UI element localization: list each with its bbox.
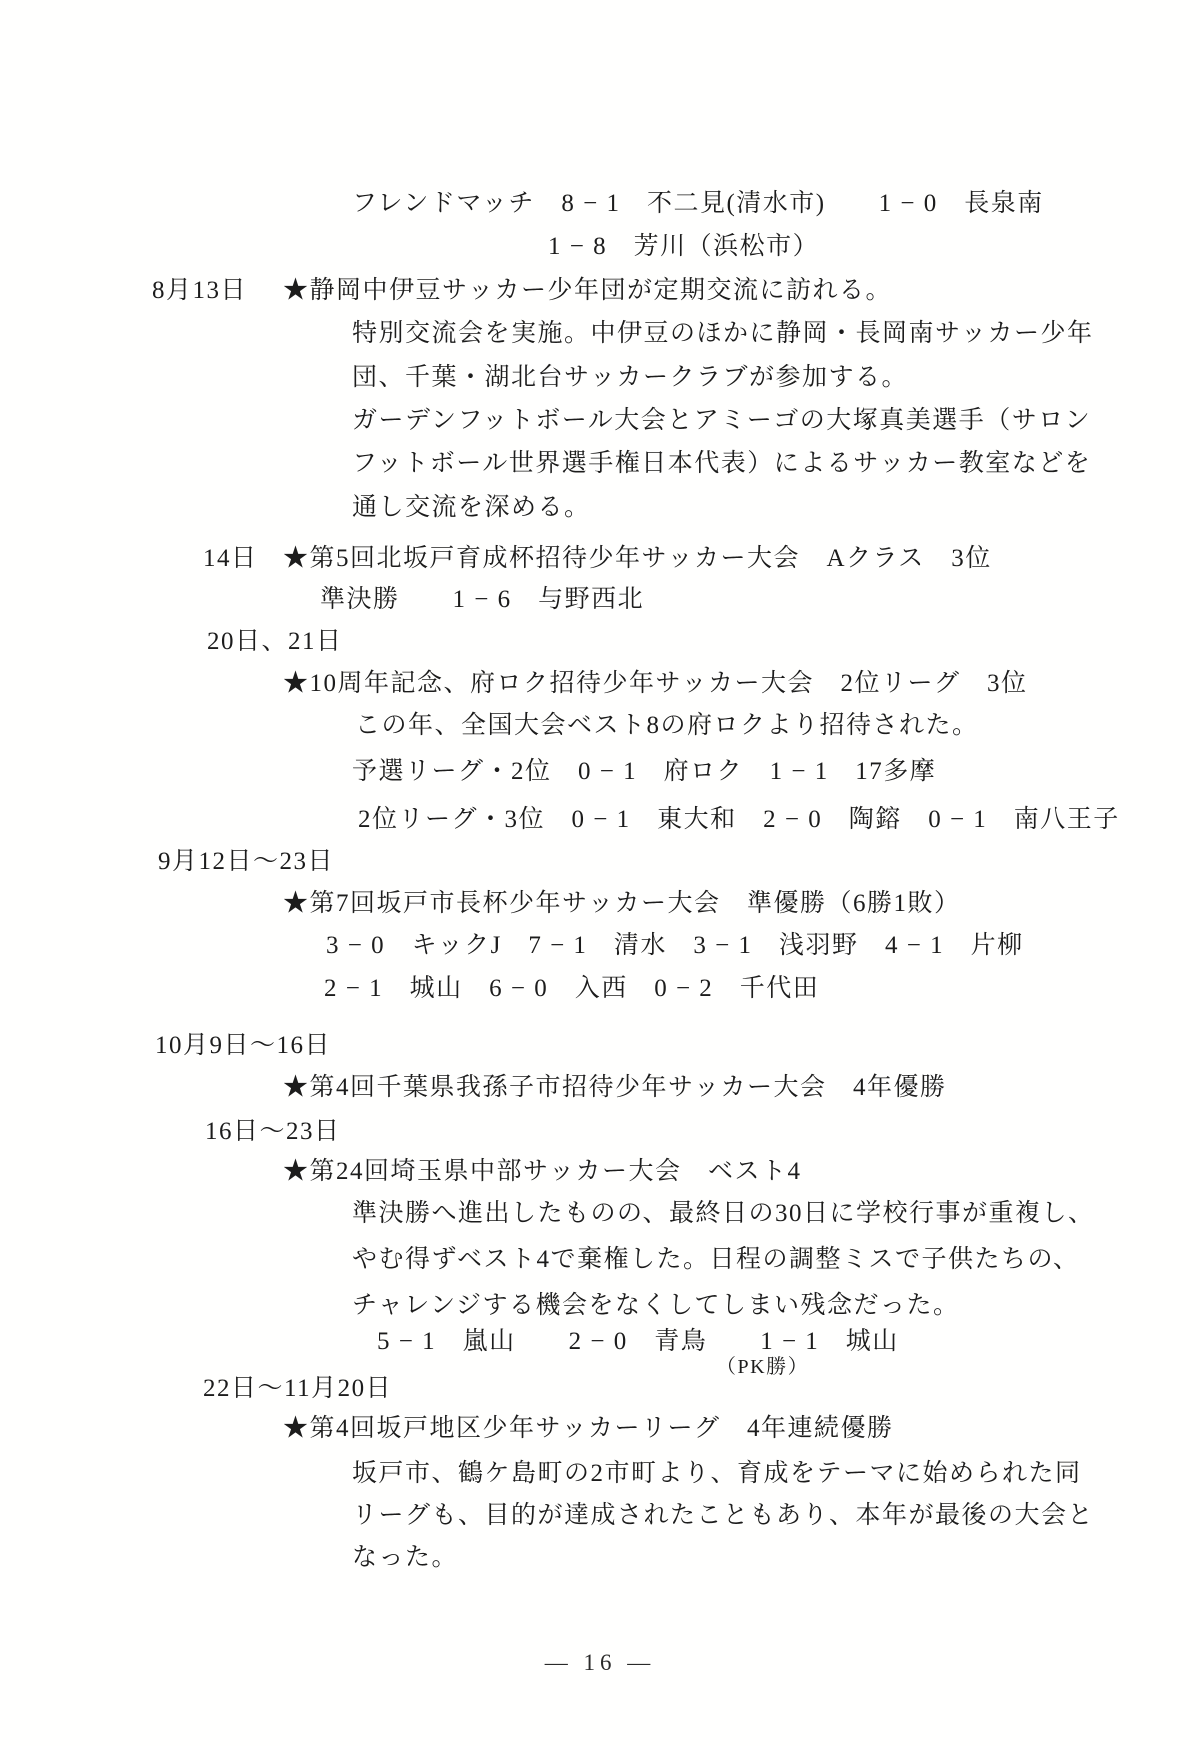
doc-line: 3 − 0 キックJ 7 − 1 清水 3 − 1 浅羽野 4 − 1 片柳 xyxy=(326,932,1024,961)
page-number: — 16 — xyxy=(0,1650,1200,1676)
doc-line: 2 − 1 城山 6 − 0 入西 0 − 2 千代田 xyxy=(324,975,819,1004)
doc-line: 2位リーグ・3位 0 − 1 東大和 2 − 0 陶鎔 0 − 1 南八王子 xyxy=(358,806,1120,835)
doc-line: ★第24回埼玉県中部サッカー大会 ベスト4 xyxy=(283,1158,802,1187)
doc-line: やむ得ずベスト4で棄権した。日程の調整ミスで子供たちの、 xyxy=(352,1246,1080,1275)
doc-line: 10月9日〜16日 xyxy=(155,1032,331,1061)
doc-line: 5 − 1 嵐山 2 − 0 青鳥 1 − 1 城山 xyxy=(377,1328,899,1357)
doc-line: この年、全国大会ベスト8の府ロクより招待された。 xyxy=(355,712,979,741)
doc-line: ★第7回坂戸市長杯少年サッカー大会 準優勝（6勝1敗） xyxy=(283,890,961,919)
doc-line: ★第4回千葉県我孫子市招待少年サッカー大会 4年優勝 xyxy=(283,1074,947,1103)
doc-line: 予選リーグ・2位 0 − 1 府ロク 1 − 1 17多摩 xyxy=(352,758,936,787)
doc-line: （PK勝） xyxy=(716,1356,809,1379)
doc-line: 14日 xyxy=(203,545,258,574)
doc-line: フットボール世界選手権日本代表）によるサッカー教室などを xyxy=(352,450,1091,479)
doc-line: 坂戸市、鶴ケ島町の2市町より、育成をテーマに始められた同 xyxy=(352,1460,1082,1489)
doc-line: 9月12日〜23日 xyxy=(158,848,334,877)
doc-line: 20日、21日 xyxy=(207,628,343,657)
doc-line: 特別交流会を実施。中伊豆のほかに静岡・長岡南サッカー少年 xyxy=(352,320,1094,349)
doc-line: 準決勝 1 − 6 与野西北 xyxy=(320,586,644,615)
doc-line: フレンドマッチ 8 − 1 不二見(清水市) 1 − 0 長泉南 xyxy=(352,190,1044,219)
doc-line: 通し交流を深める。 xyxy=(352,494,591,523)
doc-line: 22日〜11月20日 xyxy=(203,1375,392,1404)
doc-line: ★10周年記念、府ロク招待少年サッカー大会 2位リーグ 3位 xyxy=(283,670,1028,699)
doc-line: 1 − 8 芳川（浜松市） xyxy=(548,233,819,262)
doc-line: チャレンジする機会をなくしてしまい残念だった。 xyxy=(352,1292,960,1321)
scanned-document-page: フレンドマッチ 8 − 1 不二見(清水市) 1 − 0 長泉南1 − 8 芳川… xyxy=(0,0,1200,1746)
doc-line: ★第4回坂戸地区少年サッカーリーグ 4年連続優勝 xyxy=(283,1415,894,1444)
doc-line: ガーデンフットボール大会とアミーゴの大塚真美選手（サロン xyxy=(352,407,1091,436)
doc-line: 団、千葉・湖北台サッカークラブが参加する。 xyxy=(352,364,908,393)
doc-line: ★静岡中伊豆サッカー少年団が定期交流に訪れる。 xyxy=(283,277,892,306)
doc-line: 16日〜23日 xyxy=(205,1118,341,1147)
doc-line: 準決勝へ進出したものの、最終日の30日に学校行事が重複し、 xyxy=(352,1200,1095,1229)
doc-line: なった。 xyxy=(352,1544,458,1573)
doc-line: ★第5回北坂戸育成杯招待少年サッカー大会 Aクラス 3位 xyxy=(283,545,992,574)
doc-line: 8月13日 xyxy=(152,277,247,306)
doc-line: リーグも、目的が達成されたこともあり、本年が最後の大会と xyxy=(352,1502,1094,1531)
